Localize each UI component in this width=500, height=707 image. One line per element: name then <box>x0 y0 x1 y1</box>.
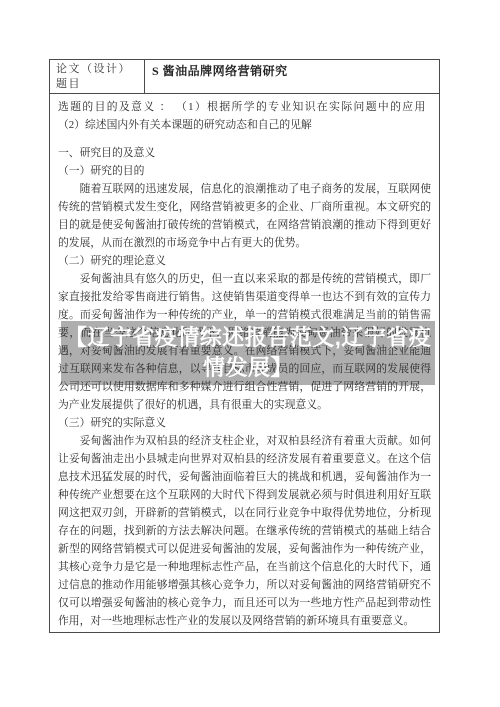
thesis-title-label: 论文（设计）题目 <box>50 60 145 93</box>
thesis-title-value: S 酱油品牌网络营销研究 <box>145 60 439 93</box>
proposal-body-cell: 选题的目的及意义 ： （1）根据所学的专业知识在实际问题中的应用（2）综述国内外… <box>50 94 439 632</box>
paragraph: 一、研究目的及意义 <box>58 144 431 162</box>
paragraph: （2）综述国内外有关本课题的研究动态和自己的见解 <box>58 116 431 134</box>
paragraph: （二）研究的理论意义 <box>58 252 431 270</box>
paragraph: 二、国内外研究动态及自己的见解 <box>58 630 431 632</box>
title-row: 论文（设计）题目 S 酱油品牌网络营销研究 <box>50 60 439 94</box>
paragraph: 选题的目的及意义 ： （1）根据所学的专业知识在实际问题中的应用 <box>58 98 431 116</box>
thesis-proposal-table: 论文（设计）题目 S 酱油品牌网络营销研究 选题的目的及意义 ： （1）根据所学… <box>49 59 440 633</box>
paragraph <box>58 134 431 144</box>
document-page: 论文（设计）题目 S 酱油品牌网络营销研究 选题的目的及意义 ： （1）根据所学… <box>0 0 500 707</box>
paragraph: （三）研究的实际意义 <box>58 414 431 432</box>
paragraph: 妥甸酱油作为双柏县的经济支柱企业，对双柏县经济有着重大贡献。如何让妥甸酱油走出小… <box>58 432 431 630</box>
paragraph: 随着互联网的迅速发展，信息化的浪潮推动了电子商务的发展，互联网使传统的营销模式发… <box>58 180 431 252</box>
paragraph: （一）研究的目的 <box>58 162 431 180</box>
watermark-text: 【辽宁省疫情综述报告范文,辽宁省疫情发展】 <box>60 323 436 383</box>
